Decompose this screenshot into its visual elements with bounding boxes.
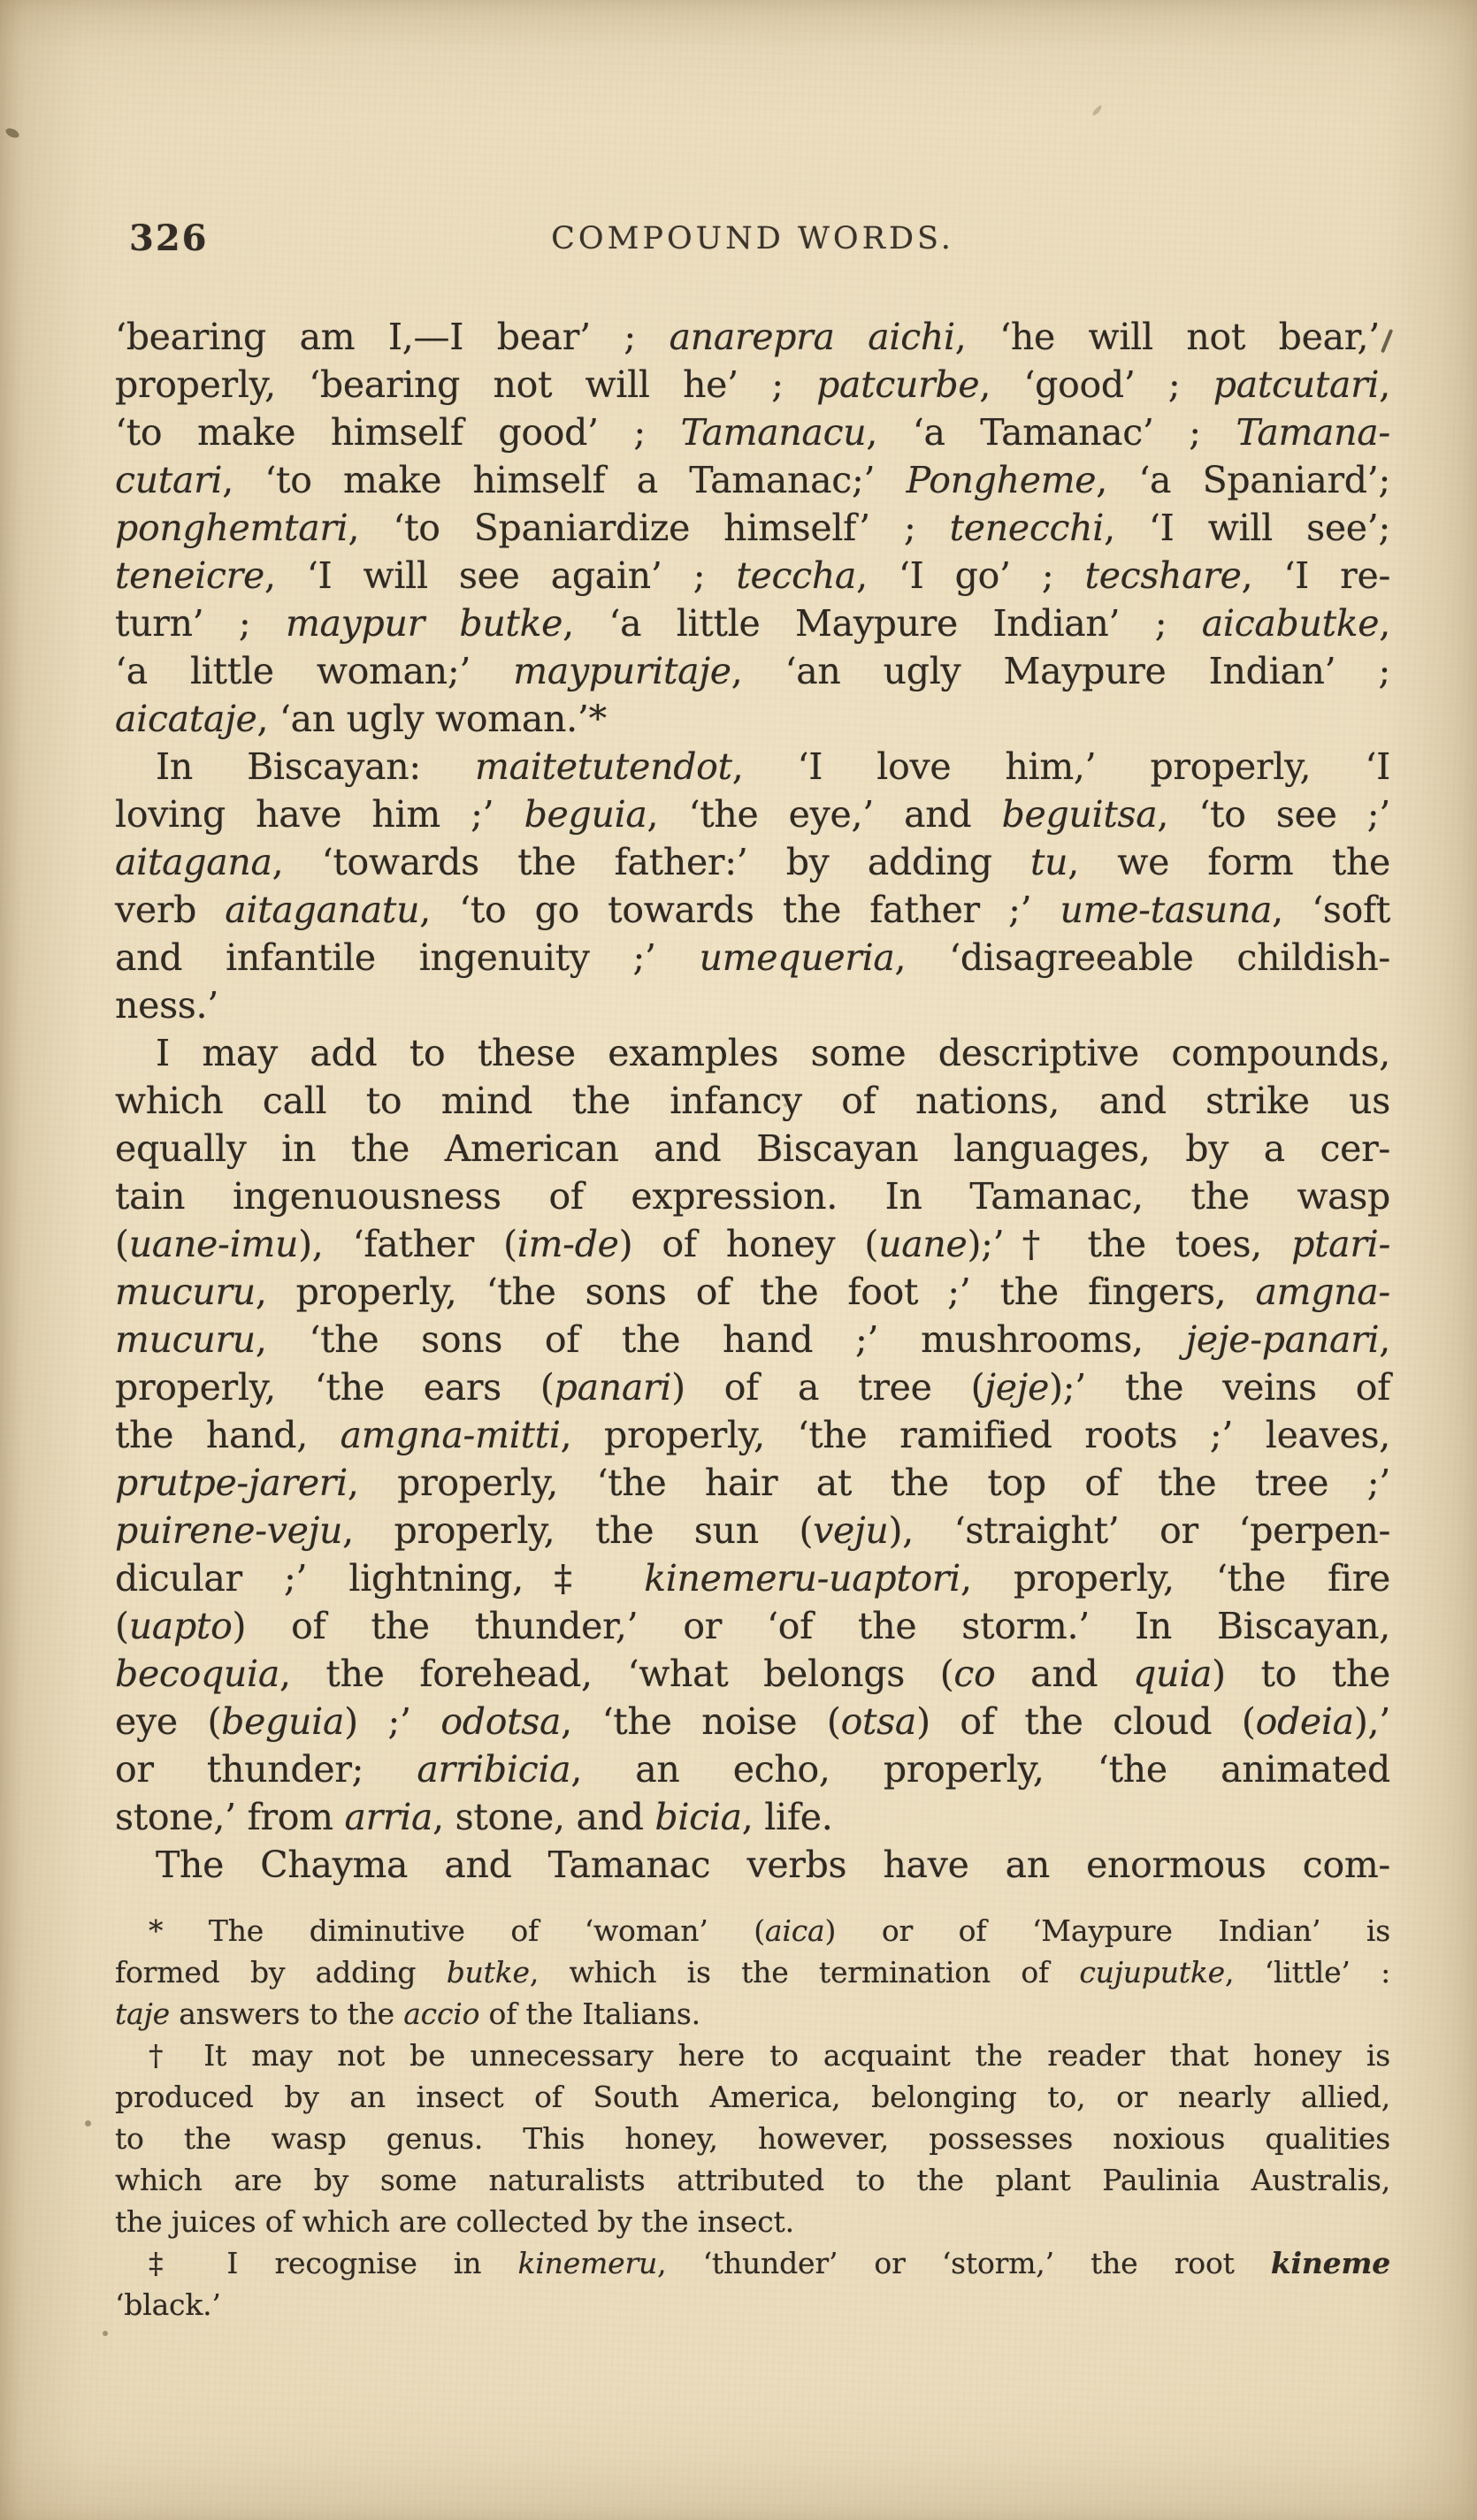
text-run: answers to the (170, 1997, 403, 2031)
text-run: uapto (129, 1605, 233, 1647)
text-run: jeje-panari (1186, 1318, 1380, 1361)
text-run: ) of the cloud ( (916, 1700, 1256, 1743)
text-run: );’ the veins of (1049, 1366, 1390, 1409)
text-run: amgna-mitti (341, 1414, 561, 1456)
text-run: aicabutke (1202, 602, 1380, 645)
text-run: * The diminutive of ‘woman’ ( (149, 1913, 765, 1948)
text-run: , ‘I love him,’ properly, ‘I (732, 745, 1390, 788)
text-run: ), ‘father ( (298, 1223, 517, 1265)
text-run: properly, ‘the ears ( (115, 1366, 555, 1409)
paragraph: † It may not be unnecessary here to acqu… (115, 2035, 1390, 2242)
text-run: , ‘I re- (1242, 554, 1390, 597)
text-run: arribicia (417, 1748, 570, 1791)
text-run: eye ( (115, 1700, 221, 1743)
text-run: , ‘the sons of the hand ;’ mushrooms, (256, 1318, 1186, 1361)
text-line: the juices of which are collected by the… (115, 2201, 1390, 2242)
text-run: umequeria (700, 936, 895, 979)
text-run: , ‘towards the father:’ by adding (272, 841, 1030, 883)
text-line: * The diminutive of ‘woman’ (aica) or of… (115, 1910, 1390, 1951)
text-run: ) of the thunder,’ or ‘of the storm.’ In… (232, 1605, 1390, 1647)
text-run: bicia (654, 1796, 741, 1838)
text-run: quia (1133, 1653, 1212, 1695)
text-run: arria (344, 1796, 432, 1838)
text-line: ‘black.’ (115, 2284, 1390, 2325)
text-run: , properly, ‘the hair at the top of the … (348, 1462, 1390, 1504)
text-run: beguitsa (1002, 793, 1158, 836)
paragraph: In Biscayan: maitetutendot, ‘I love him,… (115, 743, 1390, 1029)
text-run: beguia (524, 793, 647, 836)
paragraph: ‡ I recognise in kinemeru, ‘thunder’ or … (115, 2242, 1390, 2325)
text-run: , properly, the sun ( (342, 1509, 813, 1552)
text-line: the hand, amgna-mitti, properly, ‘the ra… (115, 1411, 1390, 1459)
text-run: The Chayma and Tamanac verbs have an eno… (156, 1844, 1390, 1886)
text-run: tu (1030, 841, 1068, 883)
text-run: taje (115, 1997, 170, 2031)
text-run: jeje (984, 1366, 1049, 1409)
text-run: tecshare (1085, 554, 1242, 597)
text-run: aitagana (115, 841, 272, 883)
text-line: aitagana, ‘towards the father:’ by addin… (115, 838, 1390, 886)
text-run: , ‘an ugly Maypure Indian’ ; (731, 650, 1390, 692)
text-line: In Biscayan: maitetutendot, ‘I love him,… (115, 743, 1390, 790)
text-run: of the Italians. (479, 1997, 700, 2031)
text-run: , ‘thunder’ or ‘storm,’ the root (657, 2246, 1271, 2280)
text-run: teneicre (115, 554, 264, 597)
text-run: ‡ I recognise in (149, 2246, 518, 2280)
text-run: panari (555, 1366, 671, 1409)
paragraph: ‘bearing am I,—I bear’ ; anarepra aichi,… (115, 313, 1390, 743)
text-run: butke (447, 1955, 530, 1989)
text-line: I may add to these examples some descrip… (115, 1029, 1390, 1077)
text-run: aica (765, 1913, 825, 1948)
text-run: equally in the American and Biscayan lan… (115, 1127, 1390, 1170)
text-run: Pongheme (907, 459, 1097, 501)
text-run: maypuritaje (513, 650, 731, 692)
text-run: ( (115, 1605, 129, 1647)
text-line: or thunder; arribicia, an echo, properly… (115, 1745, 1390, 1793)
text-line: † It may not be unnecessary here to acqu… (115, 2035, 1390, 2076)
text-run: aicataje (115, 698, 256, 740)
text-run: aitaganatu (225, 889, 419, 931)
text-line: ‡ I recognise in kinemeru, ‘thunder’ or … (115, 2242, 1390, 2284)
body-text: ‘bearing am I,—I bear’ ; anarepra aichi,… (115, 313, 1390, 1889)
text-run: Tamanacu (681, 411, 867, 454)
text-line: teneicre, ‘I will see again’ ; teccha, ‘… (115, 552, 1390, 599)
text-line: (uapto) of the thunder,’ or ‘of the stor… (115, 1602, 1390, 1650)
text-run: odeia (1256, 1700, 1354, 1743)
text-run: tain ingenuousness of expression. In Tam… (115, 1175, 1390, 1218)
paragraph: The Chayma and Tamanac verbs have an eno… (115, 1841, 1390, 1889)
text-line: and infantile ingenuity ;’ umequeria, ‘d… (115, 934, 1390, 981)
text-run: otsa (841, 1700, 916, 1743)
text-run: prutpe-jareri (115, 1462, 348, 1504)
running-header-title: COMPOUND WORDS. (115, 221, 1390, 256)
text-run: ) of honey ( (619, 1223, 878, 1265)
text-line: puirene-veju, properly, the sun (veju), … (115, 1507, 1390, 1554)
text-run: ), ‘straight’ or ‘perpen- (889, 1509, 1390, 1552)
text-run: , ‘I will see again’ ; (264, 554, 736, 597)
ink-speck (4, 126, 20, 140)
text-run: kinemeru-uaptori (644, 1557, 960, 1600)
text-run: maitetutendot (475, 745, 732, 788)
text-run: becoquia (115, 1653, 279, 1695)
text-run: veju (813, 1509, 888, 1552)
text-run: teccha (736, 554, 856, 597)
text-line: aicataje, ‘an ugly woman.’* (115, 695, 1390, 743)
text-run: patcutari (1213, 363, 1379, 406)
text-run: ) ;’ (344, 1700, 440, 1743)
text-run: produced by an insect of South America, … (115, 2080, 1390, 2114)
pen-mark (1381, 329, 1393, 353)
text-line: The Chayma and Tamanac verbs have an eno… (115, 1841, 1390, 1889)
text-line: (uane-imu), ‘father (im-de) of honey (ua… (115, 1220, 1390, 1268)
text-run: verb (115, 889, 225, 931)
text-run: , (1379, 602, 1390, 645)
text-run: and (995, 1653, 1133, 1695)
text-run: ume-tasuna (1060, 889, 1273, 931)
text-run: beguia (221, 1700, 344, 1743)
running-head: 326 COMPOUND WORDS. (115, 218, 1390, 263)
text-line: tain ingenuousness of expression. In Tam… (115, 1172, 1390, 1220)
text-run: , an echo, properly, ‘the animated (570, 1748, 1390, 1791)
text-run: tenecchi (950, 507, 1104, 549)
text-run: formed by adding (115, 1955, 447, 1989)
text-run: , ‘to see ;’ (1157, 793, 1390, 836)
text-run: turn’ ; (115, 602, 286, 645)
text-run: , ‘a little Maypure Indian’ ; (562, 602, 1202, 645)
text-run: ponghemtari (115, 507, 348, 549)
text-run: , ‘he will not bear,’ (955, 316, 1380, 358)
text-line: which are by some naturalists attributed… (115, 2159, 1390, 2201)
text-line: turn’ ; maypur butke, ‘a little Maypure … (115, 599, 1390, 647)
text-line: cutari, ‘to make himself a Tamanac;’ Pon… (115, 456, 1390, 504)
text-run: cutari (115, 459, 222, 501)
text-run: ) of a tree ( (671, 1366, 984, 1409)
text-run: mucuru (115, 1271, 256, 1313)
text-run: I may add to these examples some descrip… (156, 1032, 1390, 1074)
text-run: ‘black.’ (115, 2287, 221, 2322)
text-run: anarepra aichi (670, 316, 955, 358)
text-run: kinemeru (518, 2246, 658, 2280)
text-line: mucuru, properly, ‘the sons of the foot … (115, 1268, 1390, 1316)
text-run: , which is the termination of (530, 1955, 1080, 1989)
ink-speck (103, 2331, 108, 2336)
text-line: properly, ‘bearing not will he’ ; patcur… (115, 361, 1390, 409)
text-run: ),’ (1354, 1700, 1390, 1743)
text-run: , properly, ‘the fire (960, 1557, 1390, 1600)
text-run: , ‘a Spaniard’; (1096, 459, 1390, 501)
text-run: , properly, ‘the ramified roots ;’ leave… (561, 1414, 1390, 1456)
text-line: loving have him ;’ beguia, ‘the eye,’ an… (115, 790, 1390, 838)
text-run: , ‘to Spaniardize himself’ ; (348, 507, 949, 549)
text-run: , ‘little’ : (1225, 1955, 1390, 1989)
text-line: formed by adding butke, which is the ter… (115, 1951, 1390, 1993)
text-run: ‘to make himself good’ ; (115, 411, 681, 454)
text-run: im-de (517, 1223, 619, 1265)
text-run: properly, ‘bearing not will he’ ; (115, 363, 816, 406)
text-run: kineme (1271, 2246, 1390, 2280)
text-line: ponghemtari, ‘to Spaniardize himself’ ; … (115, 504, 1390, 552)
text-run: or thunder; (115, 1748, 417, 1791)
text-run: ness.’ (115, 984, 218, 1027)
text-run: † It may not be unnecessary here to acqu… (149, 2038, 1390, 2073)
text-run: mucuru (115, 1318, 256, 1361)
text-run: ‘bearing am I,—I bear’ ; (115, 316, 670, 358)
text-run: which call to mind the infancy of nation… (115, 1080, 1390, 1122)
text-run: , ‘disagreeable childish- (895, 936, 1390, 979)
text-run: patcurbe (816, 363, 979, 406)
text-run: Tamana- (1236, 411, 1390, 454)
text-run: accio (403, 1997, 479, 2031)
text-line: ness.’ (115, 981, 1390, 1029)
text-line: stone,’ from arria, stone, and bicia, li… (115, 1793, 1390, 1841)
ink-speck (85, 2120, 91, 2127)
text-line: which call to mind the infancy of nation… (115, 1077, 1390, 1125)
text-line: taje answers to the accio of the Italian… (115, 1993, 1390, 2035)
text-run: , ‘a Tamanac’ ; (866, 411, 1236, 454)
text-run: and infantile ingenuity ;’ (115, 936, 700, 979)
text-run: , stone, and (432, 1796, 654, 1838)
text-run: , we form the (1068, 841, 1390, 883)
text-run: puirene-veju (115, 1509, 342, 1552)
text-run: , ‘I go’ ; (856, 554, 1084, 597)
text-line: ‘to make himself good’ ; Tamanacu, ‘a Ta… (115, 409, 1390, 456)
text-line: dicular ;’ lightning,‡ kinemeru-uaptori,… (115, 1554, 1390, 1602)
text-run: uane-imu (129, 1223, 298, 1265)
paragraph: * The diminutive of ‘woman’ (aica) or of… (115, 1910, 1390, 2035)
text-line: eye (beguia) ;’ odotsa, ‘the noise (otsa… (115, 1698, 1390, 1745)
text-run: , (1379, 1318, 1390, 1361)
text-run: the juices of which are collected by the… (115, 2204, 794, 2239)
text-line: prutpe-jareri, properly, ‘the hair at th… (115, 1459, 1390, 1507)
text-run: , (1379, 363, 1390, 406)
text-run: uane (878, 1223, 967, 1265)
text-run: , ‘to go towards the father ;’ (419, 889, 1060, 931)
text-run: maypur butke (286, 602, 562, 645)
text-run: , ‘the noise ( (561, 1700, 840, 1743)
text-line: properly, ‘the ears (panari) of a tree (… (115, 1363, 1390, 1411)
text-run: , ‘I will see’; (1104, 507, 1390, 549)
text-line: becoquia, the forehead, ‘what belongs (c… (115, 1650, 1390, 1698)
text-run: odotsa (440, 1700, 561, 1743)
text-line: to the wasp genus. This honey, however, … (115, 2118, 1390, 2159)
text-line: verb aitaganatu, ‘to go towards the fath… (115, 886, 1390, 934)
text-run: , ‘the eye,’ and (647, 793, 1002, 836)
text-run: , ‘good’ ; (979, 363, 1213, 406)
text-line: produced by an insect of South America, … (115, 2076, 1390, 2118)
paragraph: I may add to these examples some descrip… (115, 1029, 1390, 1841)
text-run: loving have him ;’ (115, 793, 524, 836)
text-run: ) or of ‘Maypure Indian’ is (825, 1913, 1390, 1948)
ink-speck (1091, 104, 1103, 117)
text-run: which are by some naturalists attributed… (115, 2163, 1390, 2197)
text-run: ( (115, 1223, 129, 1265)
text-run: ptari- (1291, 1223, 1390, 1265)
text-run: co (953, 1653, 995, 1695)
text-run: ) to the (1212, 1653, 1390, 1695)
text-run: cujuputke (1079, 1955, 1225, 1989)
text-run: the hand, (115, 1414, 341, 1456)
text-run: , life. (742, 1796, 833, 1838)
text-run: );’† the toes, (967, 1223, 1291, 1265)
text-run: amgna- (1256, 1271, 1390, 1313)
text-run: stone,’ from (115, 1796, 344, 1838)
text-run: ‘a little woman;’ (115, 650, 513, 692)
book-page: 326 COMPOUND WORDS. ‘bearing am I,—I bea… (0, 0, 1477, 2520)
text-line: ‘bearing am I,—I bear’ ; anarepra aichi,… (115, 313, 1390, 361)
text-run: to the wasp genus. This honey, however, … (115, 2121, 1390, 2156)
text-run: , ‘soft (1272, 889, 1390, 931)
text-run: , ‘to make himself a Tamanac;’ (222, 459, 906, 501)
text-line: mucuru, ‘the sons of the hand ;’ mushroo… (115, 1316, 1390, 1363)
text-run: , ‘an ugly woman.’* (256, 698, 606, 740)
text-run: , the forehead, ‘what belongs ( (279, 1653, 953, 1695)
footnotes: * The diminutive of ‘woman’ (aica) or of… (115, 1910, 1390, 2325)
text-run: , properly, ‘the sons of the foot ;’ the… (256, 1271, 1256, 1313)
text-run: In Biscayan: (156, 745, 475, 788)
text-run: dicular ;’ lightning,‡ (115, 1557, 644, 1600)
text-line: ‘a little woman;’ maypuritaje, ‘an ugly … (115, 647, 1390, 695)
text-line: equally in the American and Biscayan lan… (115, 1125, 1390, 1172)
